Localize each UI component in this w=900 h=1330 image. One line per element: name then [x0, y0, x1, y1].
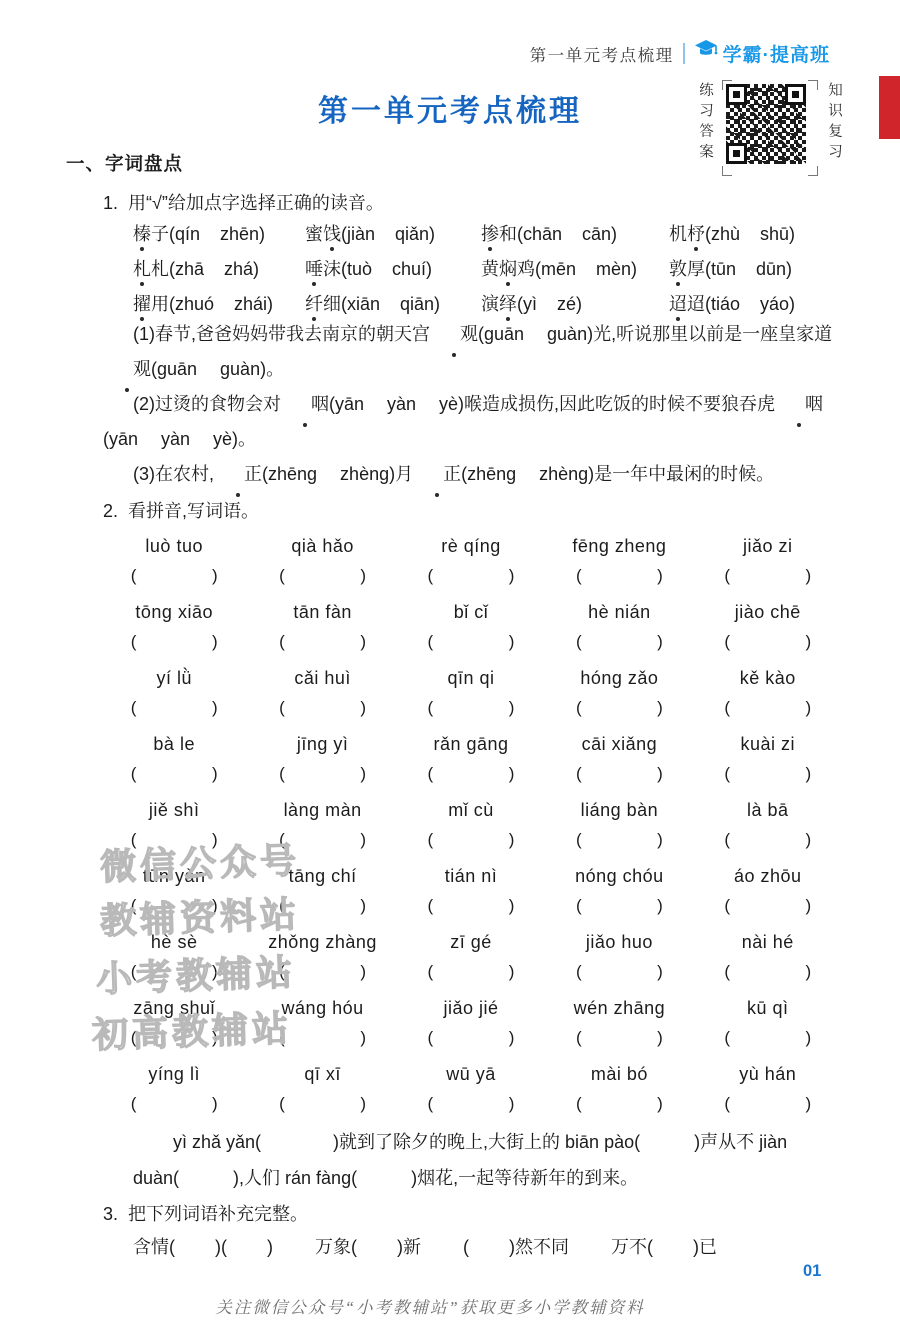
answer-blank: ( )	[248, 695, 396, 721]
choice-item: 榛子(qín zhēn)	[133, 222, 305, 246]
sentence-text: (guān guàn)光,听说那里以前是一座皇家道	[478, 324, 832, 344]
sentence-text: 春节,爸爸妈妈带我去南京的朝天宫	[155, 324, 430, 344]
word-part: 蜜	[305, 224, 323, 244]
pinyin-label: kū qì	[694, 995, 842, 1021]
word-part: 演	[481, 294, 499, 314]
word-part: 黄	[481, 259, 499, 279]
answer-blank: ( )	[397, 761, 545, 787]
pinyin-label: tān fàn	[248, 599, 396, 625]
dotted-char: 敦	[669, 257, 687, 281]
pinyin-label: kuài zi	[694, 731, 842, 757]
pinyin-cell: qī xī( )	[248, 1057, 396, 1123]
pinyin-cell: liáng bàn( )	[545, 793, 693, 859]
pinyin-options: (tuò chuí)	[341, 259, 432, 279]
pinyin-label: tōng xiāo	[100, 599, 248, 625]
pinyin-options: (zhù shū)	[705, 224, 795, 244]
pinyin-cell: jiào chē( )	[694, 595, 842, 661]
pinyin-options: (zhā zhá)	[169, 259, 259, 279]
sentence-text: (zhēng zhèng)月	[262, 464, 413, 484]
pinyin-label: tián nì	[397, 863, 545, 889]
pinyin-label: yí lǜ	[100, 665, 248, 691]
idiom-item: 万象( )新	[315, 1233, 421, 1259]
answer-blank: ( )	[694, 1091, 842, 1117]
answer-blank: ( )	[248, 563, 396, 589]
pinyin-cell: tāng chí( )	[248, 859, 396, 925]
section-heading: 一、字词盘点	[66, 150, 183, 176]
answer-blank: ( )	[100, 1025, 248, 1051]
pinyin-cell: bǐ cǐ( )	[397, 595, 545, 661]
pinyin-label: hè sè	[100, 929, 248, 955]
pinyin-options: (tūn dūn)	[705, 259, 792, 279]
answer-blank: ( )	[100, 893, 248, 919]
qr-block: 练习答案 知识复习	[695, 80, 845, 176]
question-number: 2.	[103, 501, 118, 521]
pinyin-cell: hóng zǎo( )	[545, 661, 693, 727]
answer-blank: ( )	[100, 695, 248, 721]
dotted-char: 札	[133, 257, 151, 281]
answer-blank: ( )	[248, 629, 396, 655]
pinyin-cell: luò tuo( )	[100, 529, 248, 595]
pinyin-cell: kě kào( )	[694, 661, 842, 727]
sub-number: (1)	[133, 324, 155, 344]
pinyin-label: cǎi huì	[248, 665, 396, 691]
pinyin-cell: jiǎo zi( )	[694, 529, 842, 595]
pinyin-label: wū yā	[397, 1061, 545, 1087]
pinyin-options: (qín zhēn)	[169, 224, 265, 244]
dotted-char: 唾	[305, 257, 323, 281]
pinyin-cell: jiǎo jié( )	[397, 991, 545, 1057]
question-text: 看拼音,写词语。	[128, 501, 259, 521]
qr-finder-icon	[726, 143, 747, 164]
sub-sentence-3: (3)在农村,正(zhēng zhèng)月正(zhēng zhèng)是一年中…	[103, 457, 857, 492]
pinyin-label: luò tuo	[100, 533, 248, 559]
dotted-char: 掺	[481, 222, 499, 246]
pinyin-label: liáng bàn	[545, 797, 693, 823]
pinyin-cell: mǐ cù( )	[397, 793, 545, 859]
graduation-cap-icon	[694, 39, 718, 61]
pinyin-label: áo zhōu	[694, 863, 842, 889]
pinyin-label: rǎn gāng	[397, 731, 545, 757]
pinyin-cell: mài bó( )	[545, 1057, 693, 1123]
pinyin-label: jiě shì	[100, 797, 248, 823]
idiom-row: 含情( )( ) 万象( )新 ( )然不同 万不( )已	[133, 1233, 717, 1259]
pinyin-label: mài bó	[545, 1061, 693, 1087]
choice-item: 演绎(yì zé)	[481, 292, 669, 316]
choice-item: 纤细(xiān qiān)	[305, 292, 481, 316]
dotted-char: 饯	[323, 222, 341, 246]
choice-item: 迢迢(tiáo yáo)	[669, 292, 849, 316]
pinyin-cell: nóng chóu( )	[545, 859, 693, 925]
pinyin-label: qīn qi	[397, 665, 545, 691]
word-part: 用	[151, 294, 169, 314]
pinyin-cell: nài hé( )	[694, 925, 842, 991]
pinyin-label: qià hǎo	[248, 533, 396, 559]
choice-item: 札札(zhā zhá)	[133, 257, 305, 281]
answer-blank: ( )	[248, 1091, 396, 1117]
pinyin-cell: fēng zheng( )	[545, 529, 693, 595]
qr-code	[726, 84, 806, 164]
sub-sentence-1: (1)春节,爸爸妈妈带我去南京的朝天宫观(guān guàn)光,听说那里以前是…	[103, 317, 857, 387]
pinyin-label: jiǎo zi	[694, 533, 842, 559]
word-part: 和	[499, 224, 517, 244]
pinyin-options: (jiàn qiǎn)	[341, 224, 435, 244]
answer-blank: ( )	[100, 959, 248, 985]
pinyin-cell: hè nián( )	[545, 595, 693, 661]
header-divider	[683, 43, 685, 64]
pinyin-cell: zhǒng zhàng( )	[248, 925, 396, 991]
answer-blank: ( )	[545, 695, 693, 721]
pinyin-label: jiào chē	[694, 599, 842, 625]
question-2: 2.看拼音,写词语。	[103, 497, 259, 523]
pinyin-label: hóng zǎo	[545, 665, 693, 691]
pinyin-label: kě kào	[694, 665, 842, 691]
qr-frame	[722, 80, 818, 176]
pinyin-label: bà le	[100, 731, 248, 757]
pinyin-label: làng màn	[248, 797, 396, 823]
pinyin-cell: zāng shuǐ( )	[100, 991, 248, 1057]
answer-blank: ( )	[397, 629, 545, 655]
pinyin-cell: wū yā( )	[397, 1057, 545, 1123]
pinyin-cell: jīng yì( )	[248, 727, 396, 793]
choice-item: 敦厚(tūn dūn)	[669, 257, 849, 281]
answer-blank: ( )	[694, 695, 842, 721]
pinyin-cell: wáng hóu( )	[248, 991, 396, 1057]
answer-blank: ( )	[397, 1025, 545, 1051]
pinyin-cell: zī gé( )	[397, 925, 545, 991]
dotted-char: 正	[214, 457, 262, 492]
dotted-char: 绎	[499, 292, 517, 316]
question-1: 1.用“√”给加点字选择正确的读音。	[103, 189, 384, 215]
answer-blank: ( )	[248, 959, 396, 985]
pinyin-label: cāi xiǎng	[545, 731, 693, 757]
pinyin-options: (mēn mèn)	[535, 259, 637, 279]
answer-blank: ( )	[545, 1091, 693, 1117]
answer-blank: ( )	[694, 629, 842, 655]
sentence-text: (zhēng zhèng)是一年中最闲的时候。	[461, 464, 774, 484]
page-number: 01	[803, 1262, 821, 1281]
pinyin-label: qī xī	[248, 1061, 396, 1087]
answer-blank: ( )	[545, 629, 693, 655]
footer-note: 关注微信公众号“小考教辅站”获取更多小学教辅资料	[0, 1294, 860, 1318]
fill-in-sentence: yì zhǎ yǎn( )就到了除夕的晚上,大街上的 biān pào( )声从…	[133, 1124, 847, 1196]
answer-blank: ( )	[100, 1091, 248, 1117]
choice-item: 擢用(zhuó zhái)	[133, 292, 305, 316]
answer-blank: ( )	[545, 959, 693, 985]
answer-blank: ( )	[545, 893, 693, 919]
answer-blank: ( )	[397, 893, 545, 919]
pinyin-label: bǐ cǐ	[397, 599, 545, 625]
pinyin-cell: kū qì( )	[694, 991, 842, 1057]
dotted-char: 迢	[669, 292, 687, 316]
page-header: 第一单元考点梳理 学霸·提高班	[530, 40, 830, 67]
word-part: 沫	[323, 259, 341, 279]
pinyin-cell: jiě shì( )	[100, 793, 248, 859]
pinyin-label: zāng shuǐ	[100, 995, 248, 1021]
sentence-text: 在农村,	[155, 464, 214, 484]
pinyin-cell: tōng xiāo( )	[100, 595, 248, 661]
pinyin-cell: cǎi huì( )	[248, 661, 396, 727]
answer-blank: ( )	[100, 629, 248, 655]
dotted-char: 咽	[281, 387, 329, 422]
dotted-char: 正	[413, 457, 461, 492]
pinyin-label: fēng zheng	[545, 533, 693, 559]
sentence-text: (yān yàn yè)。	[103, 429, 256, 449]
answer-blank: ( )	[694, 893, 842, 919]
choice-item: 唾沫(tuò chuí)	[305, 257, 481, 281]
pinyin-options: (yì zé)	[517, 294, 582, 314]
pinyin-label: là bā	[694, 797, 842, 823]
answer-blank: ( )	[694, 761, 842, 787]
answer-blank: ( )	[545, 563, 693, 589]
sentence-text: (yān yàn yè)喉造成损伤,因此吃饭的时候不要狼吞虎	[329, 394, 775, 414]
pinyin-label: hè nián	[545, 599, 693, 625]
answer-blank: ( )	[100, 761, 248, 787]
pinyin-options: (chān cān)	[517, 224, 617, 244]
dotted-char: 纤	[305, 292, 323, 316]
question-3: 3.把下列词语补充完整。	[103, 1200, 308, 1226]
reading-choices: 榛子(qín zhēn) 蜜饯(jiàn qiǎn) 掺和(chān cān) …	[133, 222, 849, 316]
pinyin-label: yíng lì	[100, 1061, 248, 1087]
answer-blank: ( )	[100, 827, 248, 853]
question-text: 用“√”给加点字选择正确的读音。	[128, 193, 384, 213]
answer-blank: ( )	[248, 1025, 396, 1051]
word-part: 细	[323, 294, 341, 314]
pinyin-label: jiǎo huo	[545, 929, 693, 955]
word-part: 子	[151, 224, 169, 244]
qr-label-left: 练习答案	[695, 80, 716, 174]
pinyin-label: nóng chóu	[545, 863, 693, 889]
pinyin-cell: qīn qi( )	[397, 661, 545, 727]
choice-item: 掺和(chān cān)	[481, 222, 669, 246]
sub-number: (3)	[133, 464, 155, 484]
pinyin-label: jīng yì	[248, 731, 396, 757]
answer-blank: ( )	[545, 761, 693, 787]
qr-finder-icon	[726, 84, 747, 105]
pinyin-label: jiǎo jié	[397, 995, 545, 1021]
pinyin-options: (tiáo yáo)	[705, 294, 795, 314]
pinyin-label: rè qíng	[397, 533, 545, 559]
answer-blank: ( )	[694, 827, 842, 853]
word-part: 札	[151, 259, 169, 279]
worksheet-page: 第一单元考点梳理 学霸·提高班 第一单元考点梳理 练习答案 知识复习	[0, 0, 900, 1330]
brand-badge: 学霸·提高班	[723, 40, 830, 67]
answer-blank: ( )	[397, 1091, 545, 1117]
sentence-text: 过烫的食物会对	[155, 394, 281, 414]
pinyin-cell: jiǎo huo( )	[545, 925, 693, 991]
pinyin-cell: rè qíng( )	[397, 529, 545, 595]
qr-label-right: 知识复习	[824, 80, 845, 174]
answer-blank: ( )	[248, 893, 396, 919]
answer-blank: ( )	[248, 827, 396, 853]
pinyin-cell: là bā( )	[694, 793, 842, 859]
pinyin-cell: áo zhōu( )	[694, 859, 842, 925]
pinyin-cell: wén zhāng( )	[545, 991, 693, 1057]
pinyin-cell: yíng lì( )	[100, 1057, 248, 1123]
pinyin-cell: tān fàn( )	[248, 595, 396, 661]
answer-blank: ( )	[545, 1025, 693, 1051]
pinyin-cell: yí lǜ( )	[100, 661, 248, 727]
answer-blank: ( )	[397, 959, 545, 985]
pinyin-cell: bà le( )	[100, 727, 248, 793]
answer-blank: ( )	[100, 563, 248, 589]
sub-sentence-2: (2)过烫的食物会对咽(yān yàn yè)喉造成损伤,因此吃饭的时候不要狼吞…	[103, 387, 857, 457]
dotted-char: 咽	[775, 387, 823, 422]
choice-item: 机杼(zhù shū)	[669, 222, 849, 246]
pinyin-options: (zhuó zhái)	[169, 294, 273, 314]
dotted-char: 焖	[499, 257, 517, 281]
sub-number: (2)	[133, 394, 155, 414]
answer-blank: ( )	[248, 761, 396, 787]
pinyin-cell: làng màn( )	[248, 793, 396, 859]
pinyin-cell: rǎn gāng( )	[397, 727, 545, 793]
qr-finder-icon	[785, 84, 806, 105]
pinyin-cell: tián nì( )	[397, 859, 545, 925]
unit-ref: 第一单元考点梳理	[530, 42, 674, 66]
pinyin-label: mǐ cù	[397, 797, 545, 823]
idiom-item: ( )然不同	[463, 1233, 569, 1259]
answer-blank: ( )	[397, 563, 545, 589]
pinyin-options: (xiān qiān)	[341, 294, 440, 314]
pinyin-label: zhǒng zhàng	[248, 929, 396, 955]
question-number: 1.	[103, 193, 118, 213]
pinyin-cell: kuài zi( )	[694, 727, 842, 793]
pinyin-label: nài hé	[694, 929, 842, 955]
pinyin-label: tāng chí	[248, 863, 396, 889]
dotted-char: 观	[103, 352, 151, 387]
answer-blank: ( )	[545, 827, 693, 853]
choice-item: 黄焖鸡(mēn mèn)	[481, 257, 669, 281]
choice-item: 蜜饯(jiàn qiǎn)	[305, 222, 481, 246]
pinyin-grid: luò tuo( ) qià hǎo( ) rè qíng( ) fēng zh…	[100, 529, 842, 1123]
answer-blank: ( )	[694, 1025, 842, 1051]
word-part: 迢	[687, 294, 705, 314]
sentence-text: (guān guàn)。	[151, 359, 284, 379]
question-number: 3.	[103, 1204, 118, 1224]
dotted-char: 观	[430, 317, 478, 352]
idiom-item: 万不( )已	[611, 1233, 717, 1259]
answer-blank: ( )	[397, 827, 545, 853]
pinyin-label: zī gé	[397, 929, 545, 955]
word-part: 机	[669, 224, 687, 244]
pinyin-label: tūn yàn	[100, 863, 248, 889]
pinyin-cell: tūn yàn( )	[100, 859, 248, 925]
answer-blank: ( )	[694, 563, 842, 589]
pinyin-cell: cāi xiǎng( )	[545, 727, 693, 793]
word-part: 鸡	[517, 259, 535, 279]
dotted-char: 榛	[133, 222, 151, 246]
pinyin-label: yù hán	[694, 1061, 842, 1087]
pinyin-label: wén zhāng	[545, 995, 693, 1021]
idiom-item: 含情( )( )	[133, 1233, 273, 1259]
pinyin-cell: qià hǎo( )	[248, 529, 396, 595]
pinyin-cell: hè sè( )	[100, 925, 248, 991]
pinyin-cell: yù hán( )	[694, 1057, 842, 1123]
word-part: 厚	[687, 259, 705, 279]
dotted-char: 杼	[687, 222, 705, 246]
dotted-char: 擢	[133, 292, 151, 316]
answer-blank: ( )	[694, 959, 842, 985]
pinyin-label: wáng hóu	[248, 995, 396, 1021]
answer-blank: ( )	[397, 695, 545, 721]
question-text: 把下列词语补充完整。	[128, 1204, 308, 1224]
